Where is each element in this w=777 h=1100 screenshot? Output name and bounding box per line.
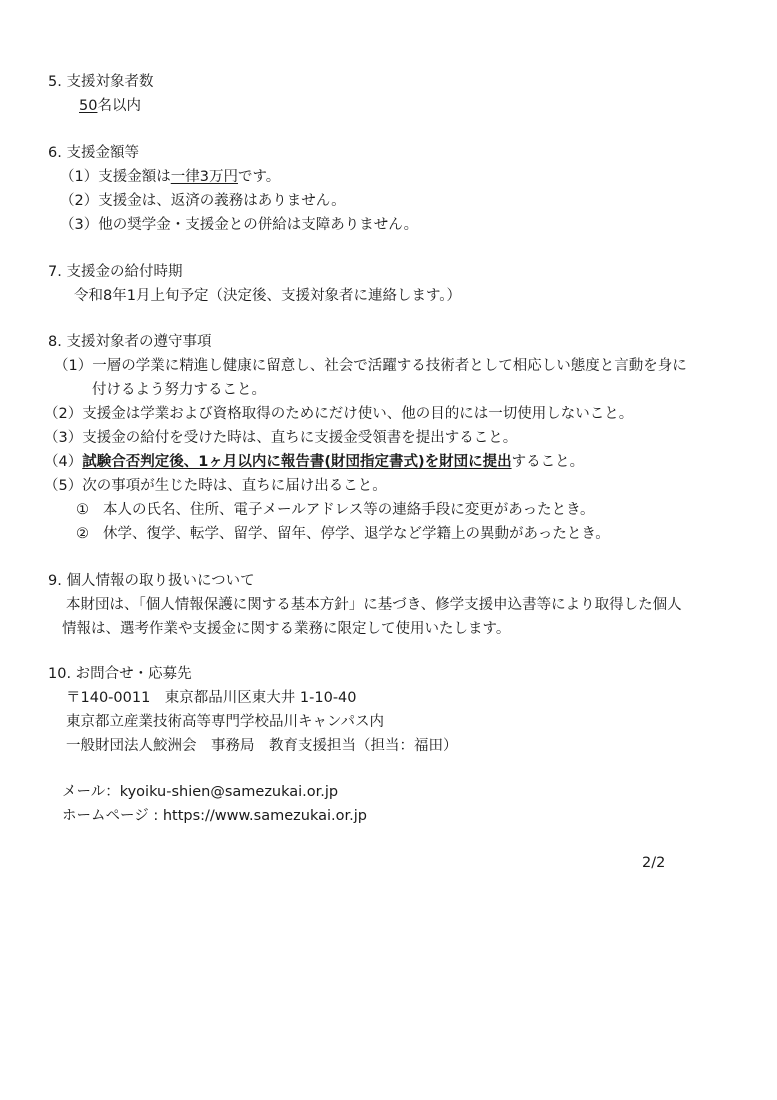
item-text: 支援金額は: [98, 169, 171, 185]
section-10-heading: 10. お問合せ・応募先: [48, 664, 192, 684]
section-6-item-2: （2）支援金は、返済の義務はありません。: [60, 191, 346, 211]
item-text: すること。: [512, 454, 585, 470]
section-9-text-line-1: 本財団は、「個人情報保護に関する基本方針」に基づき、修学支援申込書等により取得し…: [66, 595, 682, 615]
section-7-heading: 7. 支援金の給付時期: [48, 262, 182, 282]
item-text: 他の奨学金・支援金との併給は支障ありません。: [98, 217, 418, 233]
section-8-heading: 8. 支援対象者の遵守事項: [48, 332, 211, 352]
section-8-item-3: （3）支援金の給付を受けた時は、直ちに支援金受領書を提出すること。: [44, 428, 517, 448]
item-text: 次の事項が生じた時は、直ちに届け出ること。: [82, 478, 387, 494]
email-link[interactable]: kyoiku-shien@samezukai.or.jp: [120, 784, 338, 800]
section-5-value: 50名以内: [79, 96, 141, 116]
item-text: です。: [238, 169, 280, 185]
page-number: 2/2: [642, 853, 665, 873]
section-5-heading: 5. 支援対象者数: [48, 72, 153, 92]
item-number: （2）: [60, 193, 98, 209]
target-count-suffix: 名以内: [97, 98, 141, 114]
amount: 一律3万円: [171, 169, 238, 185]
subitem-text: 本人の氏名、住所、電子メールアドレス等の連絡手段に変更があったとき。: [103, 502, 595, 518]
contact-email-line: メール：kyoiku-shien@samezukai.or.jp: [62, 782, 338, 802]
item-number: （5）: [44, 478, 82, 494]
section-8-item-1: （1）一層の学業に精進し健康に留意し、社会で活躍する技術者として相応しい態度と言…: [54, 356, 687, 376]
item-number: （1）: [54, 358, 92, 374]
circled-number: ①: [76, 502, 89, 518]
section-8-item-1-continued: 付けるよう努力すること。: [92, 380, 266, 400]
circled-number: ②: [76, 526, 89, 542]
section-7-text: 令和8年1月上旬予定（決定後、支援対象者に連絡します。）: [74, 286, 461, 306]
section-9-heading: 9. 個人情報の取り扱いについて: [48, 571, 255, 591]
section-6-item-3: （3）他の奨学金・支援金との併給は支障ありません。: [60, 215, 418, 235]
item-number: （4）: [44, 454, 82, 470]
section-8-subitem-1: ①本人の氏名、住所、電子メールアドレス等の連絡手段に変更があったとき。: [76, 500, 595, 520]
item-number: （3）: [60, 217, 98, 233]
report-requirement-emphasis: 試験合否判定後、1ヶ月以内に報告書(財団指定書式)を財団に提出: [82, 454, 511, 470]
item-number: （2）: [44, 406, 82, 422]
subitem-text: 休学、復学、転学、留学、留年、停学、退学など学籍上の異動があったとき。: [103, 526, 610, 542]
section-9-text-line-2: 情報は、選考作業や支援金に関する業務に限定して使用いたします。: [62, 619, 510, 639]
contact-homepage-line: ホームページ : https://www.samezukai.or.jp: [62, 806, 367, 826]
contact-organization: 一般財団法人鮫洲会 事務局 教育支援担当（担当：福田）: [66, 736, 458, 756]
contact-address: 〒140-0011 東京都品川区東大井 1-10-40: [66, 688, 357, 708]
item-text: 支援金は学業および資格取得のためにだけ使い、他の目的には一切使用しないこと。: [82, 406, 633, 422]
section-6-item-1: （1）支援金額は一律3万円です。: [60, 167, 280, 187]
section-8-item-5: （5）次の事項が生じた時は、直ちに届け出ること。: [44, 476, 387, 496]
section-8-item-4: （4）試験合否判定後、1ヶ月以内に報告書(財団指定書式)を財団に提出すること。: [44, 452, 584, 472]
contact-school: 東京都立産業技術高等専門学校品川キャンパス内: [66, 712, 384, 732]
item-text: 支援金は、返済の義務はありません。: [98, 193, 345, 209]
homepage-label: ホームページ :: [62, 808, 163, 824]
item-number: （1）: [60, 169, 98, 185]
section-8-subitem-2: ②休学、復学、転学、留学、留年、停学、退学など学籍上の異動があったとき。: [76, 524, 610, 544]
section-8-item-2: （2）支援金は学業および資格取得のためにだけ使い、他の目的には一切使用しないこと…: [44, 404, 633, 424]
homepage-link[interactable]: https://www.samezukai.or.jp: [163, 808, 367, 824]
item-text: 一層の学業に精進し健康に留意し、社会で活躍する技術者として相応しい態度と言動を身…: [92, 358, 687, 374]
email-label: メール：: [62, 784, 120, 800]
section-6-heading: 6. 支援金額等: [48, 143, 139, 163]
item-text: 支援金の給付を受けた時は、直ちに支援金受領書を提出すること。: [82, 430, 517, 446]
target-count: 50: [79, 98, 97, 114]
item-number: （3）: [44, 430, 82, 446]
